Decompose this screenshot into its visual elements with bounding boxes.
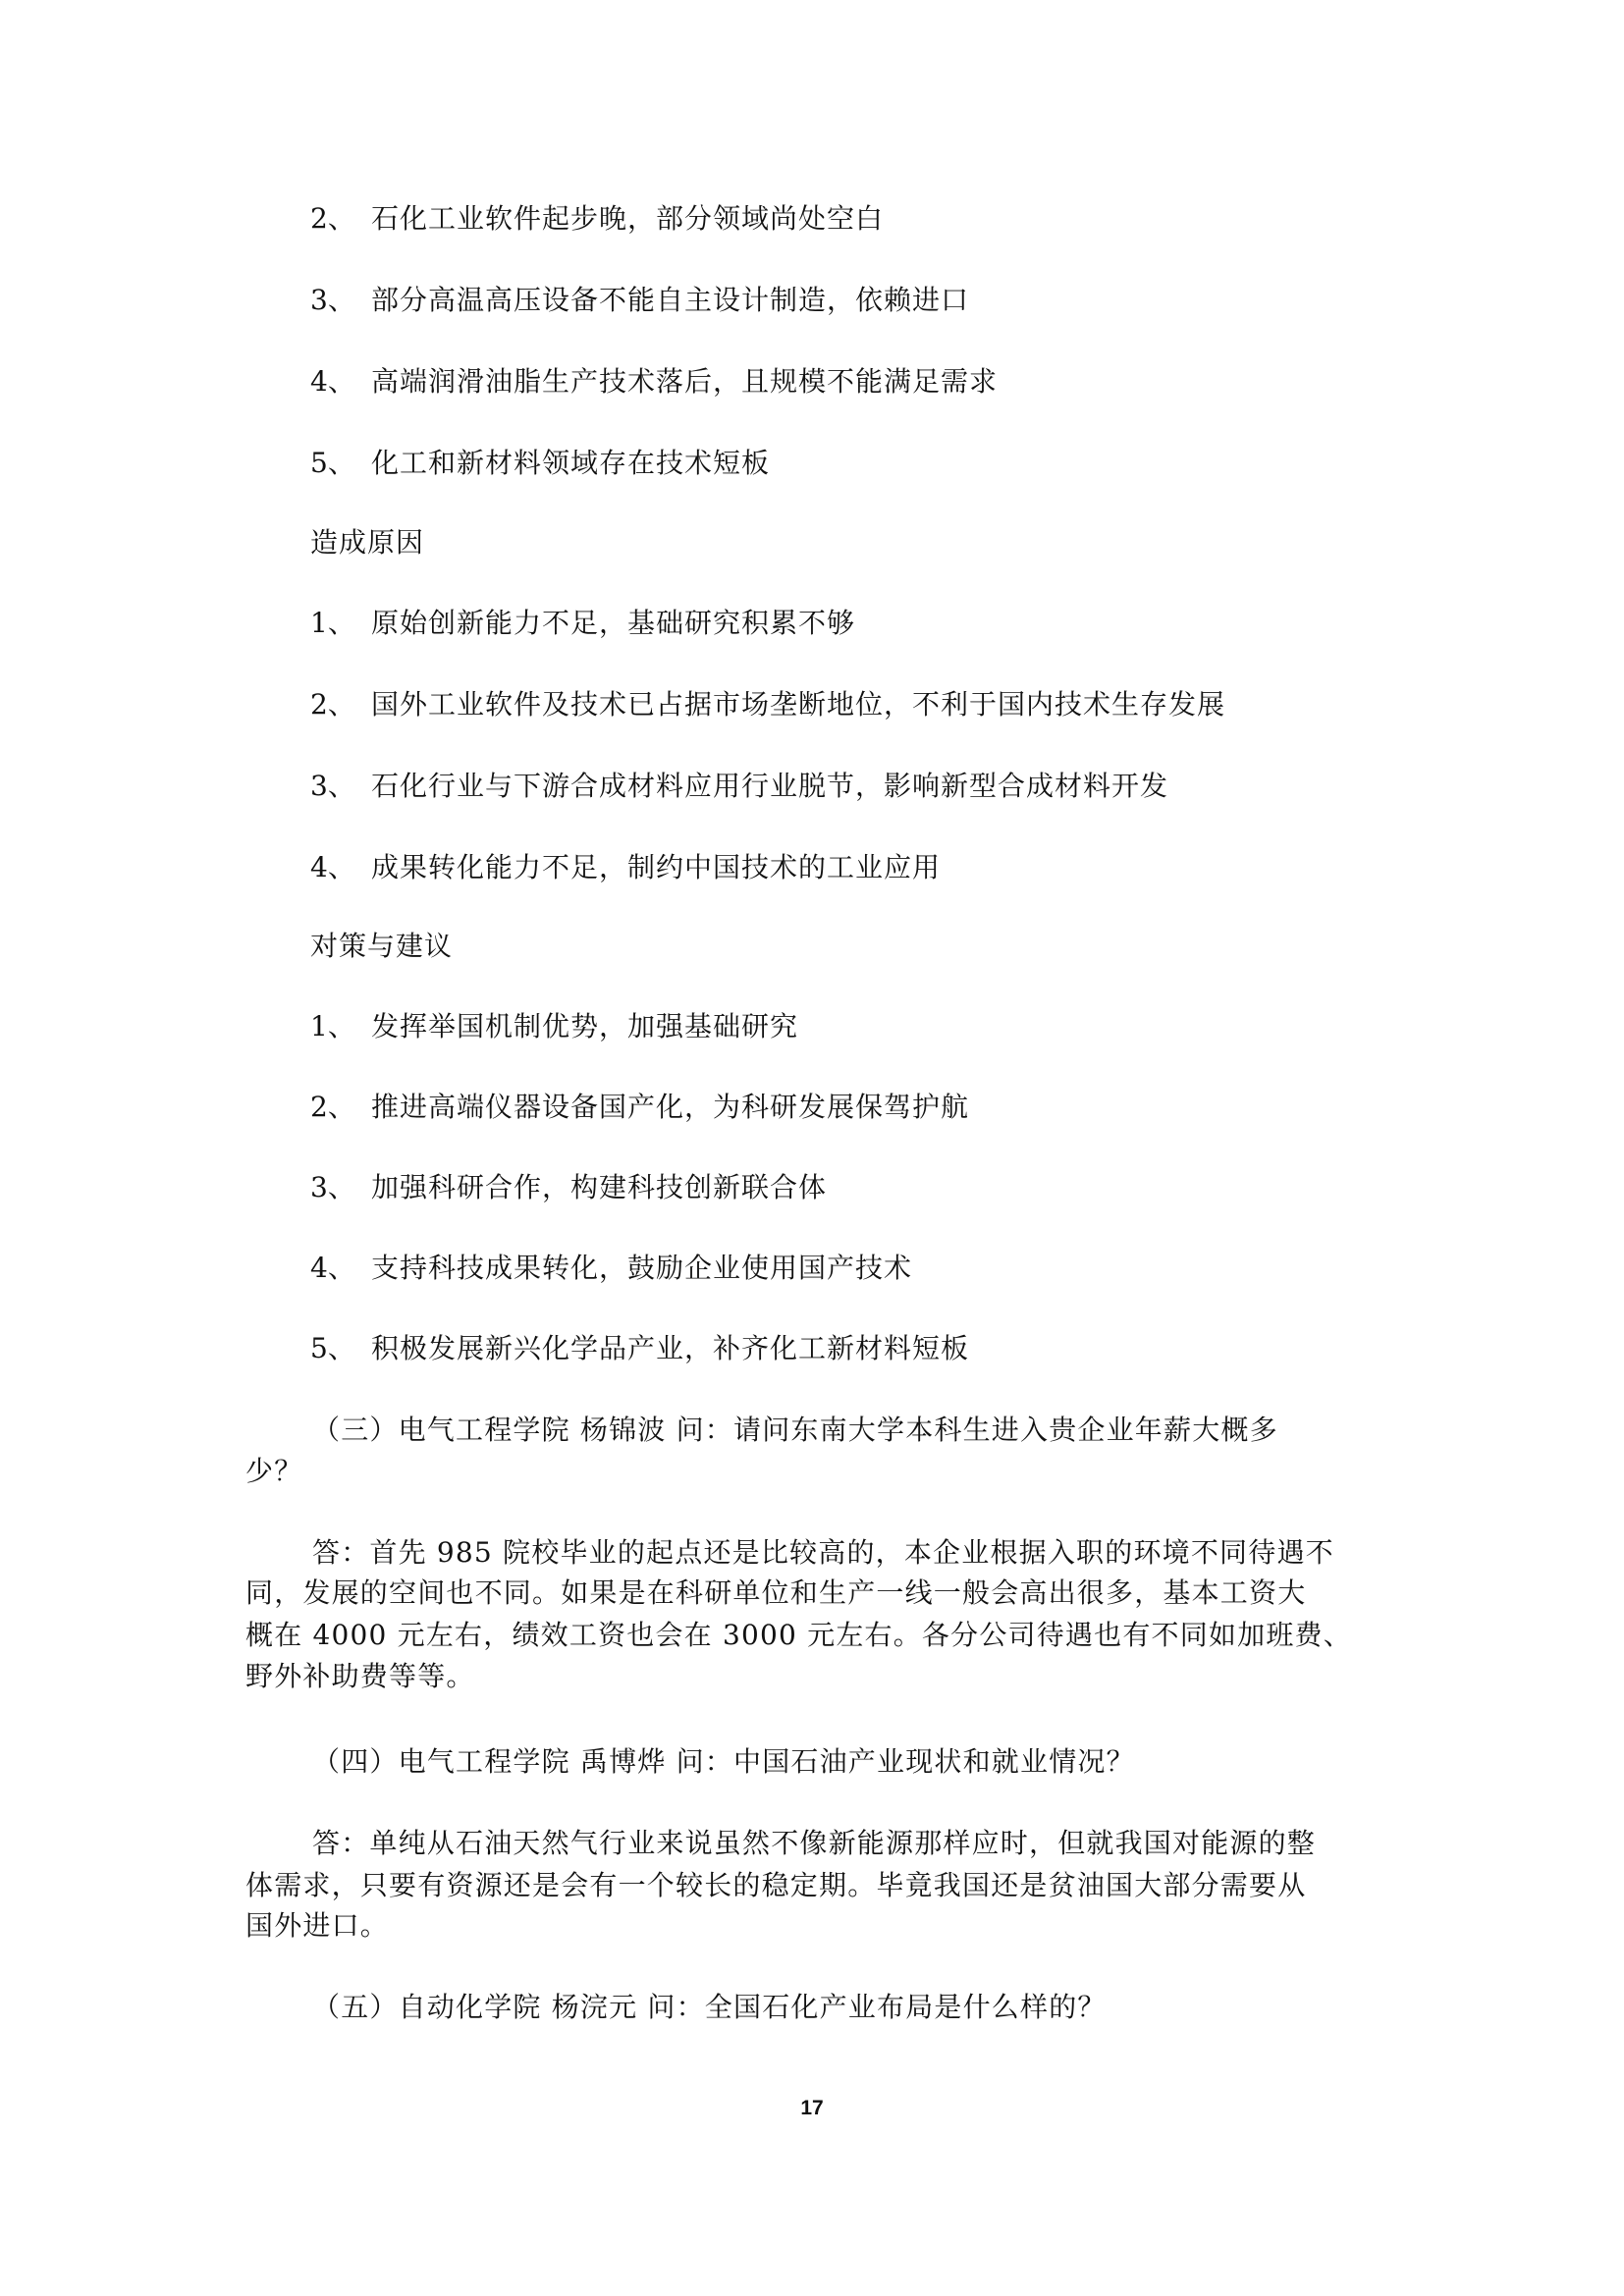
item-number: 1、 [310,1011,355,1042]
item-number: 2、 [310,1092,355,1123]
question-line: （五）自动化学院 杨浣元 问：全国石化产业布局是什么样的？ [312,1992,1107,2023]
item-text: 发挥举国机制优势，加强基础研究 [371,1011,798,1042]
answer-line: 同，发展的空间也不同。如果是在科研单位和生产一线一般会高出很多，基本工资大 [245,1577,1306,1609]
item-number: 4、 [310,366,355,398]
item-text: 支持科技成果转化，鼓励企业使用国产技术 [371,1253,912,1284]
question-line: （三）电气工程学院 杨锦波 问：请问东南大学本科生进入贵企业年薪大概多 [312,1415,1278,1446]
item-number: 3、 [310,771,355,802]
item-number: 5、 [310,448,355,479]
document-page: 2、 石化工业软件起步晚，部分领域尚处空白 3、 部分高温高压设备不能自主设计制… [0,0,1624,2296]
item-number: 4、 [310,1253,355,1284]
item-text: 部分高温高压设备不能自主设计制造，依赖进口 [371,285,969,316]
section-heading-suggestions: 对策与建议 [310,931,453,962]
item-number: 4、 [310,852,355,883]
item-number: 2、 [310,203,355,235]
answer-line: 野外补助费等等。 [245,1661,475,1692]
item-text: 高端润滑油脂生产技术落后，且规模不能满足需求 [371,366,998,398]
item-text: 推进高端仪器设备国产化，为科研发展保驾护航 [371,1092,969,1123]
item-number: 3、 [310,1172,355,1203]
answer-line: 体需求，只要有资源还是会有一个较长的稳定期。毕竟我国还是贫油国大部分需要从 [245,1870,1306,1901]
section-heading-causes: 造成原因 [310,527,424,559]
answer-line: 概在 4000 元左右，绩效工资也会在 3000 元左右。各分公司待遇也有不同如… [245,1620,1352,1651]
item-number: 1、 [310,608,355,639]
item-number: 3、 [310,285,355,316]
item-text: 原始创新能力不足，基础研究积累不够 [371,608,855,639]
question-line: （四）电气工程学院 禹博烨 问：中国石油产业现状和就业情况？ [312,1746,1135,1778]
answer-line: 答：首先 985 院校毕业的起点还是比较高的，本企业根据入职的环境不同待遇不 [312,1537,1334,1569]
answer-line: 国外进口。 [245,1910,389,1942]
item-text: 积极发展新兴化学品产业，补齐化工新材料短板 [371,1333,969,1364]
item-text: 石化工业软件起步晚，部分领域尚处空白 [371,203,884,235]
item-number: 2、 [310,689,355,721]
item-text: 成果转化能力不足，制约中国技术的工业应用 [371,852,941,883]
item-text: 化工和新材料领域存在技术短板 [371,448,770,479]
item-text: 国外工业软件及技术已占据市场垄断地位，不利于国内技术生存发展 [371,689,1225,721]
question-line: 少？ [245,1456,302,1487]
answer-line: 答：单纯从石油天然气行业来说虽然不像新能源那样应时，但就我国对能源的整 [312,1828,1316,1859]
item-number: 5、 [310,1333,355,1364]
page-number: 17 [0,2097,1624,2120]
item-text: 加强科研合作，构建科技创新联合体 [371,1172,827,1203]
item-text: 石化行业与下游合成材料应用行业脱节，影响新型合成材料开发 [371,771,1168,802]
